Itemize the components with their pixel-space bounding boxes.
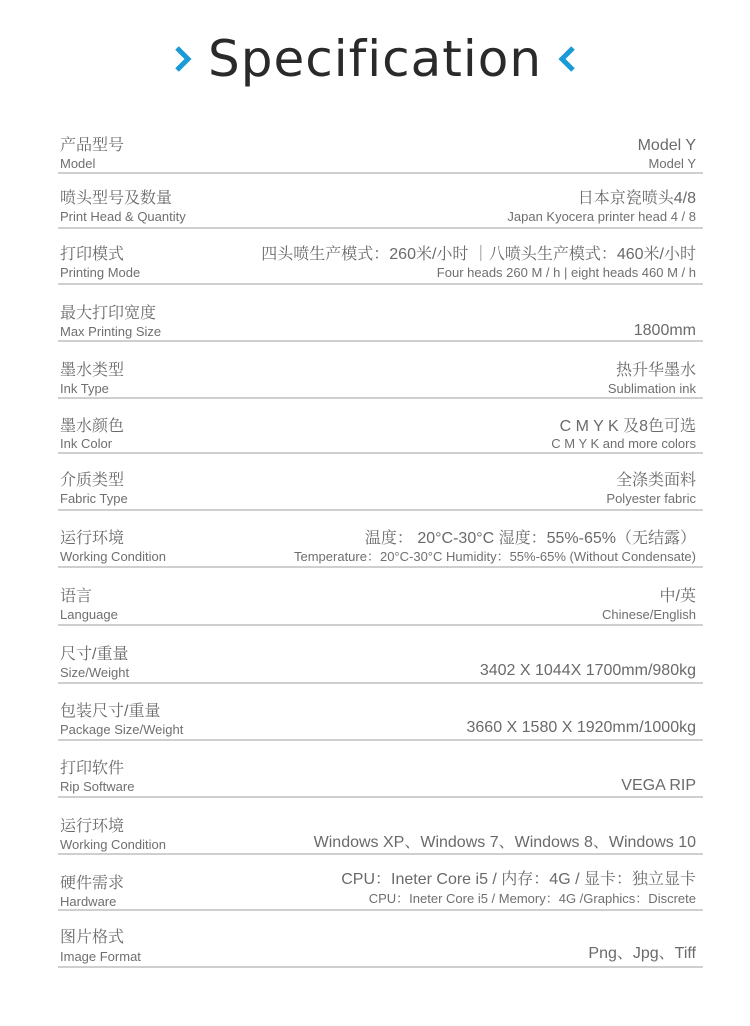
spec-value-en: Polyester fabric — [606, 491, 696, 506]
spec-value-en: Chinese/English — [602, 607, 696, 622]
page-title: Specification — [208, 34, 542, 84]
spec-value-en: Temperature：20°C-30°C Humidity：55%-65% (… — [294, 549, 696, 564]
spec-row-working-condition: 运行环境 Working Condition 温度： 20°C-30°C 湿度：… — [58, 511, 703, 568]
spec-value-cn: CPU：Ineter Core i5 / 内存：4G / 显卡：独立显卡 — [341, 871, 696, 889]
spec-label-en: Printing Mode — [60, 265, 140, 280]
spec-value: 3660 X 1580 X 1920mm/1000kg — [467, 719, 697, 737]
spec-value: VEGA RIP — [621, 777, 696, 795]
spec-row-rip-software: 打印软件 Rip Software VEGA RIP — [58, 741, 703, 798]
spec-label-en: Image Format — [60, 949, 141, 964]
spec-row-ink-color: 墨水颜色 Ink Color C M Y K 及8色可选 C M Y K and… — [58, 399, 703, 454]
spec-label-en: Max Printing Size — [60, 324, 161, 339]
spec-row-working-condition-os: 运行环境 Working Condition Windows XP、Window… — [58, 798, 703, 855]
spec-label-cn: 墨水颜色 — [60, 418, 124, 436]
spec-row-print-head: 喷头型号及数量 Print Head & Quantity 日本京瓷喷头4/8 … — [58, 174, 703, 229]
spec-label-cn: 打印模式 — [60, 246, 124, 264]
chevron-right-icon — [172, 42, 194, 76]
spec-value-cn: 日本京瓷喷头4/8 — [578, 190, 696, 208]
spec-row-package-size-weight: 包装尺寸/重量 Package Size/Weight 3660 X 1580 … — [58, 684, 703, 741]
spec-value: Png、Jpg、Tiff — [588, 945, 696, 963]
spec-row-fabric-type: 介质类型 Fabric Type 全涤类面料 Polyester fabric — [58, 454, 703, 511]
spec-value: 3402 X 1044X 1700mm/980kg — [480, 662, 696, 680]
spec-label-cn: 包装尺寸/重量 — [60, 703, 160, 721]
chevron-left-icon — [556, 42, 578, 76]
spec-label-en: Model — [60, 156, 95, 171]
spec-row-hardware: 硬件需求 Hardware CPU：Ineter Core i5 / 内存：4G… — [58, 855, 703, 911]
spec-label-en: Size/Weight — [60, 665, 129, 680]
spec-value-cn: C M Y K 及8色可选 — [560, 418, 696, 436]
spec-label-en: Package Size/Weight — [60, 722, 183, 737]
spec-value-en: CPU：Ineter Core i5 / Memory：4G /Graphics… — [369, 891, 696, 906]
spec-label-cn: 产品型号 — [60, 137, 124, 155]
spec-value-cn: Model Y — [638, 137, 696, 155]
spec-value-cn: 热升华墨水 — [616, 362, 696, 380]
spec-row-ink-type: 墨水类型 Ink Type 热升华墨水 Sublimation ink — [58, 342, 703, 399]
spec-value: Windows XP、Windows 7、Windows 8、Windows 1… — [314, 834, 696, 852]
spec-row-image-format: 图片格式 Image Format Png、Jpg、Tiff — [58, 911, 703, 968]
spec-value-en: Model Y — [649, 156, 696, 171]
spec-value-cn: 全涤类面料 — [616, 472, 696, 490]
spec-label-cn: 图片格式 — [60, 929, 124, 947]
spec-label-en: Hardware — [60, 894, 116, 909]
spec-value-cn: 四头喷生产模式：260米/小时 ｜八喷头生产模式：460米/小时 — [261, 246, 696, 264]
spec-label-cn: 运行环境 — [60, 530, 124, 548]
spec-label-cn: 喷头型号及数量 — [60, 190, 172, 208]
spec-label-cn: 尺寸/重量 — [60, 646, 128, 664]
spec-label-cn: 语言 — [60, 588, 92, 606]
spec-label-en: Ink Color — [60, 436, 112, 451]
spec-value-en: C M Y K and more colors — [551, 436, 696, 451]
spec-value-cn: 中/英 — [660, 588, 696, 606]
spec-row-size-weight: 尺寸/重量 Size/Weight 3402 X 1044X 1700mm/98… — [58, 626, 703, 684]
spec-row-max-printing-size: 最大打印宽度 Max Printing Size 1800mm — [58, 285, 703, 342]
page-header: Specification — [0, 24, 750, 94]
spec-label-cn: 墨水类型 — [60, 362, 124, 380]
spec-row-language: 语言 Language 中/英 Chinese/English — [58, 568, 703, 626]
spec-label-en: Working Condition — [60, 837, 166, 852]
spec-label-en: Rip Software — [60, 779, 134, 794]
spec-value-cn: 温度： 20°C-30°C 湿度：55%-65%（无结露） — [365, 530, 696, 548]
spec-label-en: Fabric Type — [60, 491, 128, 506]
spec-label-en: Language — [60, 607, 118, 622]
spec-row-model: 产品型号 Model Model Y Model Y — [58, 131, 703, 174]
spec-label-en: Print Head & Quantity — [60, 209, 186, 224]
spec-value-en: Sublimation ink — [608, 381, 696, 396]
spec-value-en: Four heads 260 M / h | eight heads 460 M… — [437, 265, 696, 280]
spec-label-cn: 介质类型 — [60, 472, 124, 490]
spec-table: 产品型号 Model Model Y Model Y 喷头型号及数量 Print… — [58, 131, 703, 968]
spec-label-en: Ink Type — [60, 381, 109, 396]
spec-value-en: Japan Kyocera printer head 4 / 8 — [507, 209, 696, 224]
spec-label-cn: 打印软件 — [60, 760, 124, 778]
spec-value: 1800mm — [634, 322, 696, 340]
spec-label-cn: 硬件需求 — [60, 875, 124, 893]
spec-label-cn: 运行环境 — [60, 818, 124, 836]
spec-label-en: Working Condition — [60, 549, 166, 564]
spec-row-printing-mode: 打印模式 Printing Mode 四头喷生产模式：260米/小时 ｜八喷头生… — [58, 229, 703, 285]
spec-label-cn: 最大打印宽度 — [60, 305, 156, 323]
